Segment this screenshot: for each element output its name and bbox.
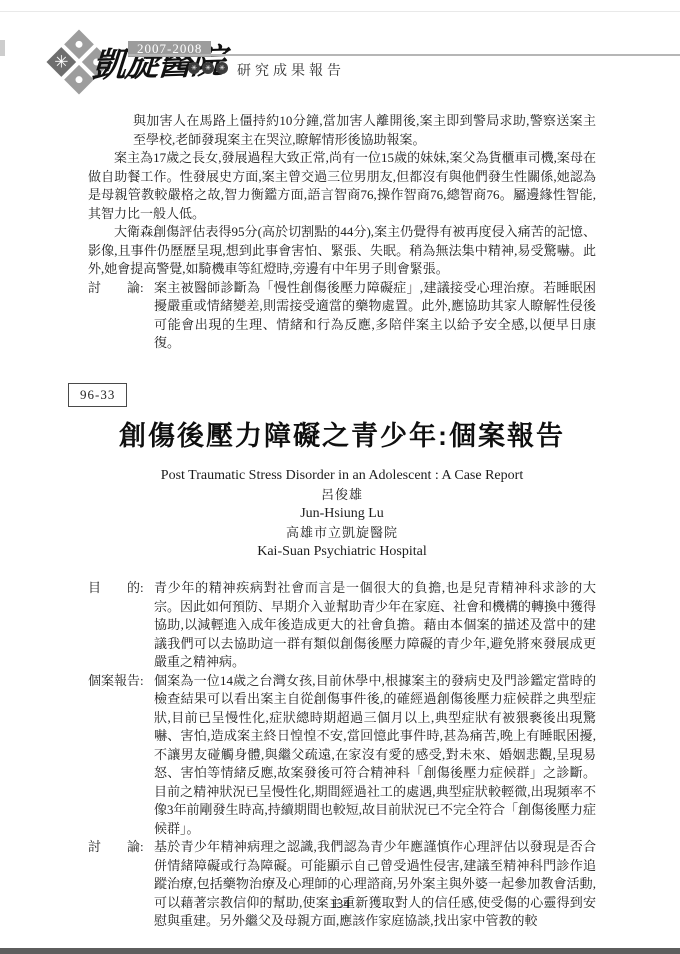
purpose-section: 目 的: 青少年的精神疾病對社會而言是一個很大的負擔,也是兒青精神科求診的大宗。…: [88, 579, 596, 672]
document-page: ✳ 凱旋醫院 2007-2008 ✳ ✳ ✳ 研究成果報告 與加害人在馬路上僵持…: [0, 0, 680, 954]
assessment-paragraph: 大衛森創傷評估表得95分(高於切割點的44分),案主仍覺得有被再度侵入痛苦的記憶…: [88, 223, 596, 279]
edge-registration-mark: [0, 40, 5, 56]
affiliation: 高雄市立凱旋醫院: [88, 525, 596, 540]
family-history-paragraph: 案主為17歲之長女,發展過程大致正常,尚有一位15歲的妹妹,案父為貨櫃車司機,案…: [88, 149, 596, 223]
case-report-section: 個案報告: 個案為一位14歲之台灣女孩,目前休學中,根據案主的發病史及門診鑑定當…: [88, 672, 596, 839]
section-text: 案主被醫師診斷為「慢性創傷後壓力障礙症」,建議接受心理治療。若睡眠困擾嚴重或情緒…: [154, 279, 596, 353]
report-series-label: 研究成果報告: [237, 60, 345, 80]
discussion-section: 討 論: 基於青少年精神病理之認識,我們認為青少年應謹慎作心理評估以發現是否合併…: [88, 838, 596, 931]
seal-circle-icon: ✳: [216, 62, 228, 74]
continuation-paragraph: 與加害人在馬路上僵持約10分鐘,當加害人離開後,案主即到警局求助,警察送案主至學…: [88, 112, 596, 149]
section-label: 討 論:: [88, 279, 154, 353]
report-title-en: Post Traumatic Stress Disorder in an Ado…: [88, 468, 596, 483]
section-text: 青少年的精神疾病對社會而言是一個很大的負擔,也是兒青精神科求診的大宗。因此如何預…: [154, 579, 596, 672]
section-text: 基於青少年精神病理之認識,我們認為青少年應謹慎作心理評估以發現是否合併情緒障礙或…: [154, 838, 596, 931]
seal-circle-icon: ✳: [188, 62, 200, 74]
seal-circles: ✳ ✳ ✳: [188, 62, 228, 74]
asterisk-icon: ✳: [51, 52, 72, 73]
report-id-row: 96-33: [68, 383, 596, 408]
section-label: 個案報告:: [88, 672, 154, 839]
report-id-badge: 96-33: [68, 383, 127, 408]
discussion-section-previous-case: 討 論: 案主被醫師診斷為「慢性創傷後壓力障礙症」,建議接受心理治療。若睡眠困擾…: [88, 279, 596, 353]
section-text: 個案為一位14歲之台灣女孩,目前休學中,根據案主的發病史及門診鑑定當時的檢查結果…: [154, 672, 596, 839]
page-body: 與加害人在馬路上僵持約10分鐘,當加害人離開後,案主即到警局求助,警察送案主至學…: [88, 112, 596, 931]
author-name-en: Jun-Hsiung Lu: [88, 506, 596, 521]
report-title: 創傷後壓力障礙之青少年:個案報告: [88, 420, 596, 452]
top-hairline: [0, 11, 680, 12]
header-rule: [128, 54, 680, 56]
page-number: 134: [0, 896, 680, 912]
section-label: 目 的:: [88, 579, 154, 672]
author-name: 呂俊雄: [88, 487, 596, 502]
bottom-bar: [0, 948, 680, 954]
seal-circle-icon: ✳: [202, 62, 214, 74]
affiliation-en: Kai-Suan Psychiatric Hospital: [88, 544, 596, 559]
section-label: 討 論:: [88, 838, 154, 931]
